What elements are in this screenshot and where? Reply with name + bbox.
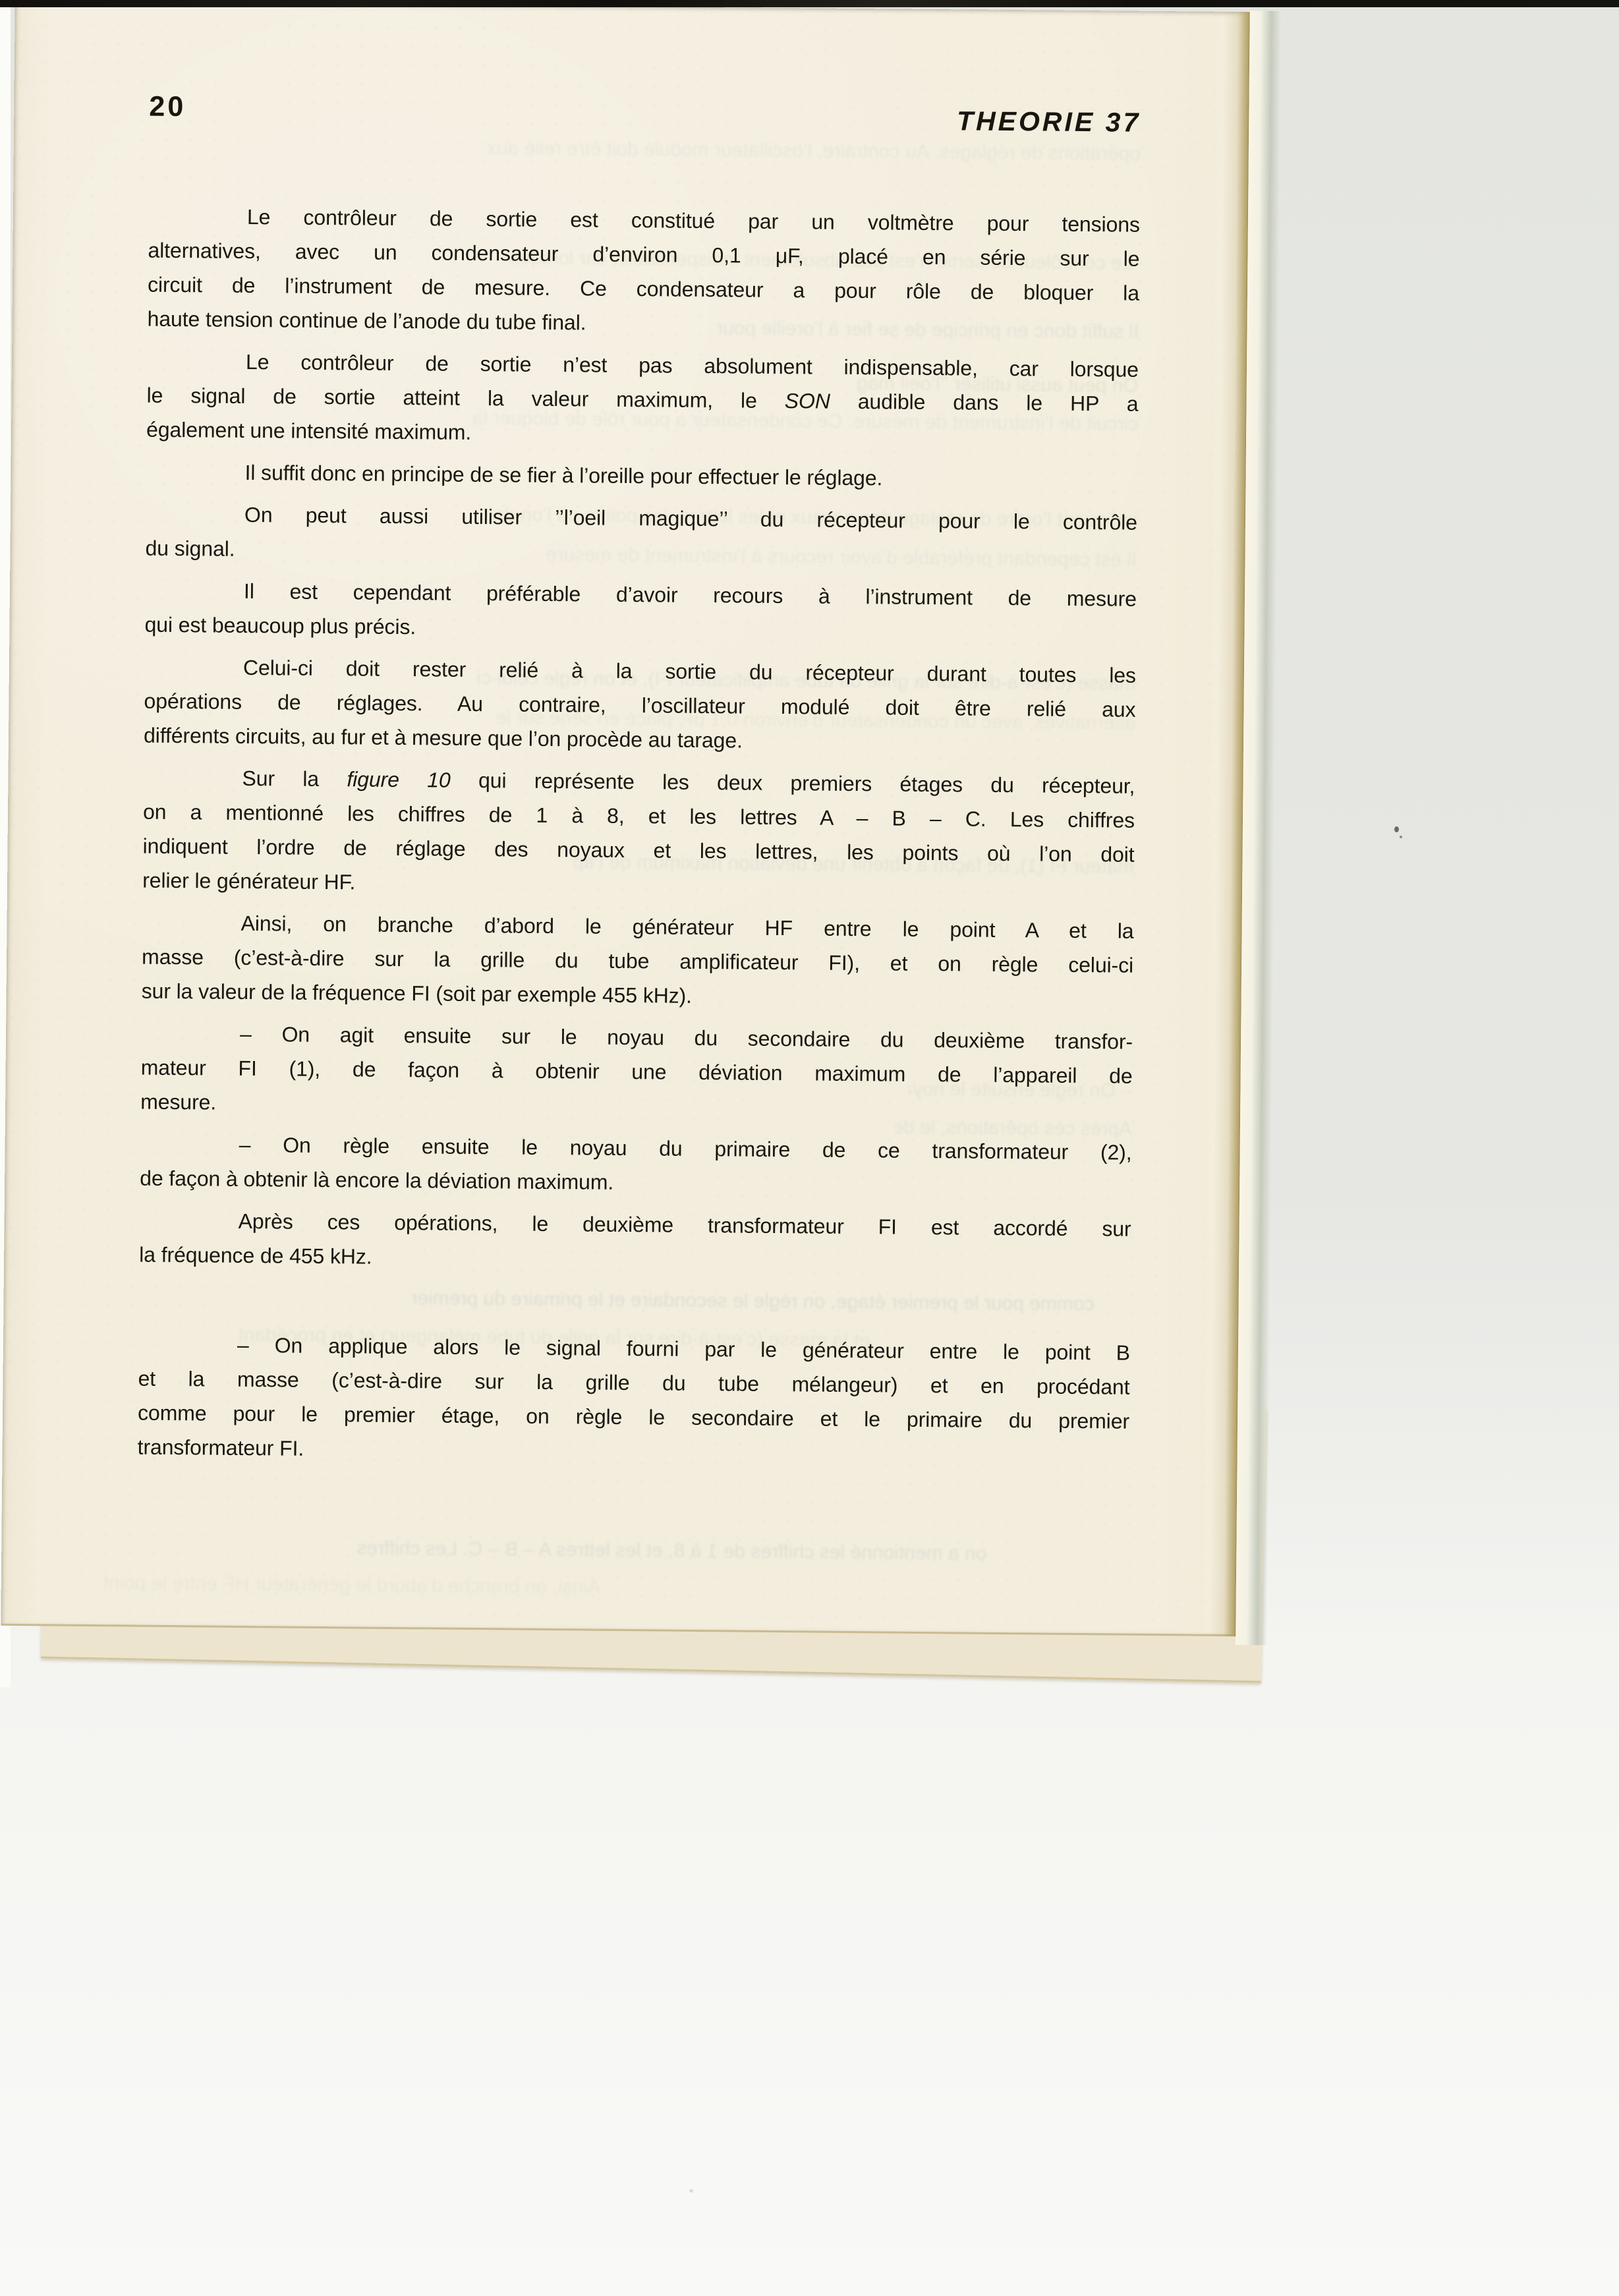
paragraph: Celui-ci doit rester relié à la sortie d… [144,650,1136,761]
text-segment: différents circuits, au fur et à mesure … [144,724,743,753]
text-segment: indiquent l’ordre de réglage des noyaux … [142,834,1134,867]
text-segment: le signal de sortie atteint la valeur ma… [146,384,784,413]
text-segment: masse (c’est-à-dire sur la grille du tub… [142,945,1133,977]
paragraph: – On règle ensuite le noyau du primaire … [140,1127,1132,1204]
ghost-text-line: opérations de réglages. Au contraire, l’… [225,132,1141,168]
text-segment: Il est cependant préférable d’avoir reco… [244,579,1137,611]
text-segment: mesure. [140,1090,216,1114]
paragraph: On peut aussi utiliser ’’l’oeil magique’… [145,497,1137,574]
dust-speck [1394,826,1399,832]
text-segment: opérations de réglages. Au contraire, l’… [144,689,1135,722]
page-header: 20 THEORIE 37 [149,91,1141,138]
paragraph: – On applique alors le signal fourni par… [137,1327,1130,1473]
paragraph: Il suffit donc en principe de se fier à … [146,455,1137,498]
text-segment: alternatives, avec un condensateur d’env… [148,239,1139,271]
text-segment: Ainsi, on branche d’abord le générateur … [241,911,1133,943]
ghost-text-line: on a mentionné les chiffres de 1 à 8, et… [143,1533,986,1568]
text-segment: haute tension continue de l’anode du tub… [147,307,586,335]
page-text: Le contrôleur de sortie est constitué pa… [137,199,1140,1473]
text-segment: on a mentionné les chiffres de 1 à 8, et… [143,800,1135,832]
italic-text-segment: SON [785,389,830,413]
text-segment: audible dans le HP a [830,389,1139,416]
page-number: 20 [149,91,186,123]
text-segment: circuit de l’instrument de mesure. Ce co… [148,273,1139,305]
scanner-top-edge [0,0,1619,7]
text-segment: On peut aussi utiliser ’’l’oeil magique’… [244,503,1137,534]
text-segment: également une intensité maximum. [146,418,471,444]
text-segment: la fréquence de 455 kHz. [139,1243,372,1269]
paragraph: Ainsi, on branche d’abord le générateur … [141,905,1133,1017]
text-segment: Il suffit donc en principe de se fier à … [244,461,882,490]
text-segment: Le contrôleur de sortie est constitué pa… [247,205,1140,237]
text-segment: Sur la [242,766,347,791]
text-line: Il suffit donc en principe de se fier à … [146,455,1137,498]
text-segment: – On agit ensuite sur le noyau du second… [240,1022,1133,1054]
running-title: THEORIE 37 [957,105,1141,138]
book-page: opérations de réglages. Au contraire, l’… [1,1,1249,1636]
paragraph: Sur la figure 10 qui représente les deux… [142,761,1135,906]
paragraph: – On agit ensuite sur le noyau du second… [140,1016,1133,1128]
paragraph: Il est cependant préférable d’avoir reco… [144,573,1137,650]
text-segment: qui représente les deux premiers étages … [451,768,1135,798]
text-segment: de façon à obtenir là encore la déviatio… [140,1166,613,1194]
dust-speck [689,2189,693,2193]
text-segment: Après ces opérations, le deuxième transf… [238,1209,1131,1241]
text-segment: – On règle ensuite le noyau du primaire … [239,1133,1132,1164]
text-segment: et la masse (c’est-à-dire sur la grille … [138,1367,1129,1399]
text-segment: relier le générateur HF. [142,869,355,894]
ghost-text-line: Ainsi, on branche d’abord le générateur … [100,1569,601,1601]
text-segment: du signal. [145,536,235,561]
paragraph: Le contrôleur de sortie n’est pas absolu… [146,344,1139,455]
text-segment: Le contrôleur de sortie n’est pas absolu… [246,350,1139,382]
text-segment: comme pour le premier étage, on règle le… [138,1401,1129,1433]
scanned-book-page-scene: opérations de réglages. Au contraire, l’… [0,0,1619,2296]
text-segment: mateur FI (1), de façon à obtenir une dé… [141,1056,1133,1088]
text-segment: sur la valeur de la fréquence FI (soit p… [142,979,693,1008]
text-segment: Celui-ci doit rester relié à la sortie d… [243,656,1136,687]
text-segment: transformateur FI. [137,1435,304,1460]
italic-text-segment: figure 10 [347,767,451,791]
text-segment: – On applique alors le signal fourni par… [237,1333,1130,1365]
text-segment: qui est beaucoup plus précis. [144,613,416,639]
dust-speck [1400,836,1402,838]
paragraph: Après ces opérations, le deuxième transf… [139,1203,1131,1280]
paragraph: Le contrôleur de sortie est constitué pa… [147,199,1140,345]
